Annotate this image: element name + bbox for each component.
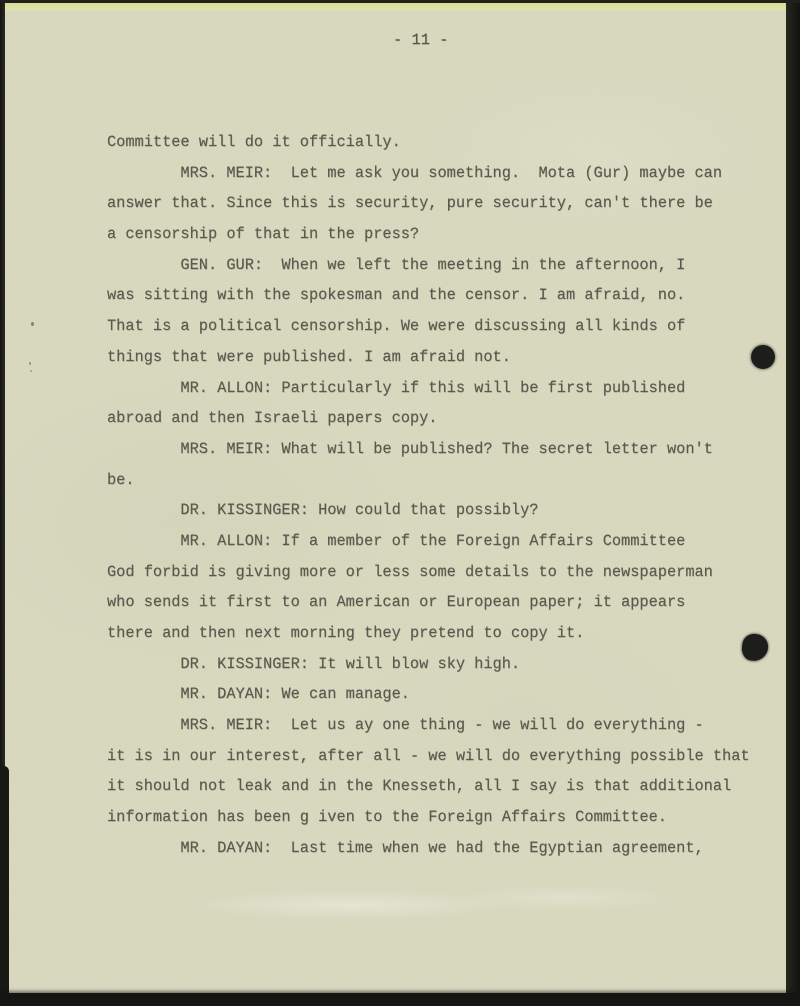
transcript-line: GEN. GUR: When we left the meeting in th… — [107, 250, 767, 281]
ink-speck — [29, 362, 31, 365]
scan-top-band — [5, 3, 786, 12]
transcript-line: MRS. MEIR: What will be published? The s… — [107, 434, 767, 465]
scanned-document-page: - 11 - Committee will do it officially. … — [0, 0, 800, 1006]
transcript-line: it should not leak and in the Knesseth, … — [107, 771, 767, 802]
transcript-line: MRS. MEIR: Let us ay one thing - we will… — [107, 710, 767, 741]
transcript-line: there and then next morning they pretend… — [107, 618, 767, 649]
transcript-body: Committee will do it officially. MRS. ME… — [107, 127, 767, 864]
scan-edge-right — [786, 0, 800, 1006]
transcript-line: Committee will do it officially. — [107, 127, 767, 158]
transcript-line: who sends it first to an American or Eur… — [107, 587, 767, 618]
transcript-line: That is a political censorship. We were … — [107, 311, 767, 342]
transcript-line: DR. KISSINGER: It will blow sky high. — [107, 649, 767, 680]
transcript-line: information has been g iven to the Forei… — [107, 802, 767, 833]
scan-edge-bottom — [0, 993, 800, 1006]
transcript-line: be. — [107, 465, 767, 496]
transcript-line: was sitting with the spokesman and the c… — [107, 280, 767, 311]
transcript-line: MR. ALLON: Particularly if this will be … — [107, 373, 767, 404]
scan-edge-left-bottom — [0, 766, 9, 1006]
transcript-line: a censorship of that in the press? — [107, 219, 767, 250]
ink-speck — [30, 370, 32, 372]
transcript-line: MR. DAYAN: We can manage. — [107, 679, 767, 710]
transcript-line: things that were published. I am afraid … — [107, 342, 767, 373]
page-number: - 11 - — [393, 31, 448, 49]
transcript-line: MRS. MEIR: Let me ask you something. Mot… — [107, 158, 767, 189]
ink-speck — [31, 322, 34, 326]
transcript-line: answer that. Since this is security, pur… — [107, 188, 767, 219]
transcript-line: it is in our interest, after all - we wi… — [107, 741, 767, 772]
transcript-line: DR. KISSINGER: How could that possibly? — [107, 495, 767, 526]
transcript-line: MR. ALLON: If a member of the Foreign Af… — [107, 526, 767, 557]
transcript-line: MR. DAYAN: Last time when we had the Egy… — [107, 833, 767, 864]
hole-punch-mark-top — [751, 345, 775, 369]
transcript-line: abroad and then Israeli papers copy. — [107, 403, 767, 434]
transcript-line: God forbid is giving more or less some d… — [107, 557, 767, 588]
scan-edge-top — [0, 0, 800, 3]
